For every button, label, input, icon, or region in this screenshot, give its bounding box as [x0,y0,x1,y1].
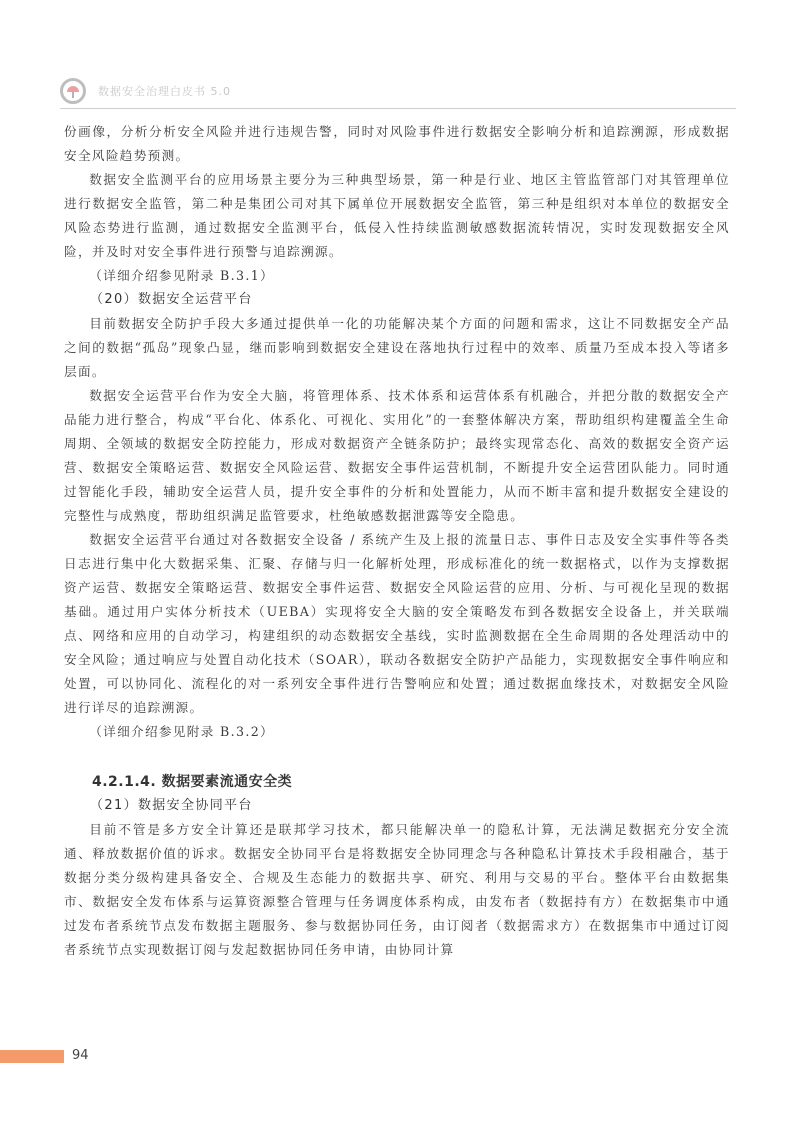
page-number: 94 [72,1048,89,1063]
subheading-20: （20）数据安全运营平台 [64,288,730,312]
subheading-21: （21）数据安全协同平台 [64,794,730,818]
paragraph-collaboration-platform: 目前不管是多方安全计算还是联邦学习技术，都只能解决单一的隐私计算，无法满足数据充… [64,818,730,962]
paragraph-operations-logs: 数据安全运营平台通过对各数据安全设备 / 系统产生及上报的流量日志、事件日志及安… [64,528,730,720]
footer-accent-bar [0,1050,64,1063]
appendix-reference: （详细介绍参见附录 B.3.1） [64,264,730,288]
paragraph-operations-intro: 目前数据安全防护手段大多通过提供单一化的功能解决某个方面的问题和需求，这让不同数… [64,312,730,384]
paragraph-continued: 份画像，分析分析安全风险并进行违规告警，同时对风险事件进行数据安全影响分析和追踪… [64,120,730,168]
page-header: 数据安全治理白皮书 5.0 [60,74,736,108]
paragraph-operations-brain: 数据安全运营平台作为安全大脑，将管理体系、技术体系和运营体系有机融合，并把分散的… [64,384,730,528]
header-title: 数据安全治理白皮书 5.0 [98,83,231,99]
appendix-reference: （详细介绍参见附录 B.3.2） [64,720,730,744]
paragraph-monitoring-scenarios: 数据安全监测平台的应用场景主要分为三种典型场景，第一种是行业、地区主管监管部门对… [64,168,730,264]
section-heading: 4.2.1.4. 数据要素流通安全类 [64,770,730,794]
umbrella-stem [72,92,74,98]
umbrella-shield-icon [60,78,86,104]
header-divider [60,108,736,109]
page-body: 份画像，分析分析安全风险并进行违规告警，同时对风险事件进行数据安全影响分析和追踪… [64,120,730,962]
